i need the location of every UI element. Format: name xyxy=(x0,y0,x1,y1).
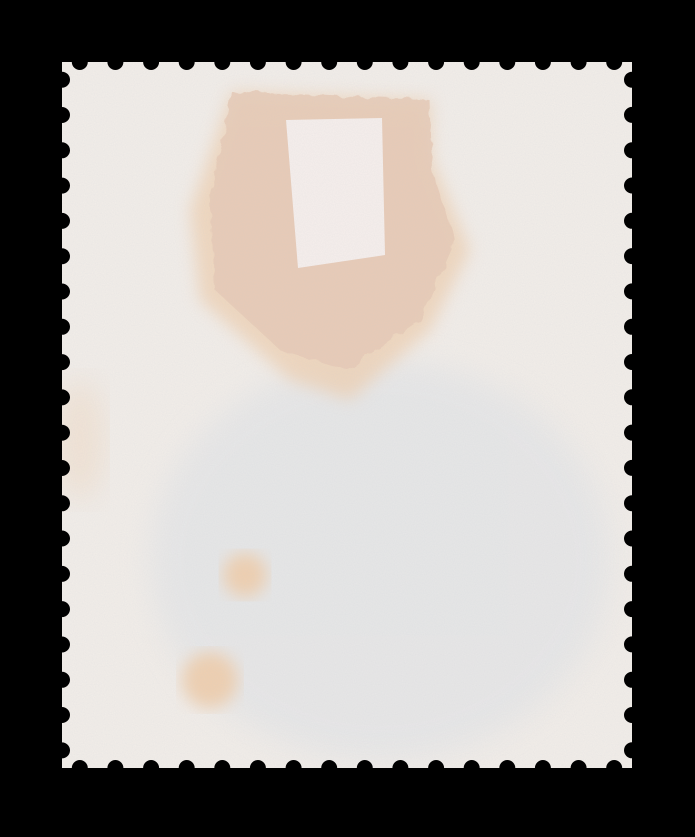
stamp xyxy=(0,0,695,837)
stamp-back-photo xyxy=(0,0,695,837)
paper-grain xyxy=(0,0,695,837)
photo-stage xyxy=(0,0,695,837)
